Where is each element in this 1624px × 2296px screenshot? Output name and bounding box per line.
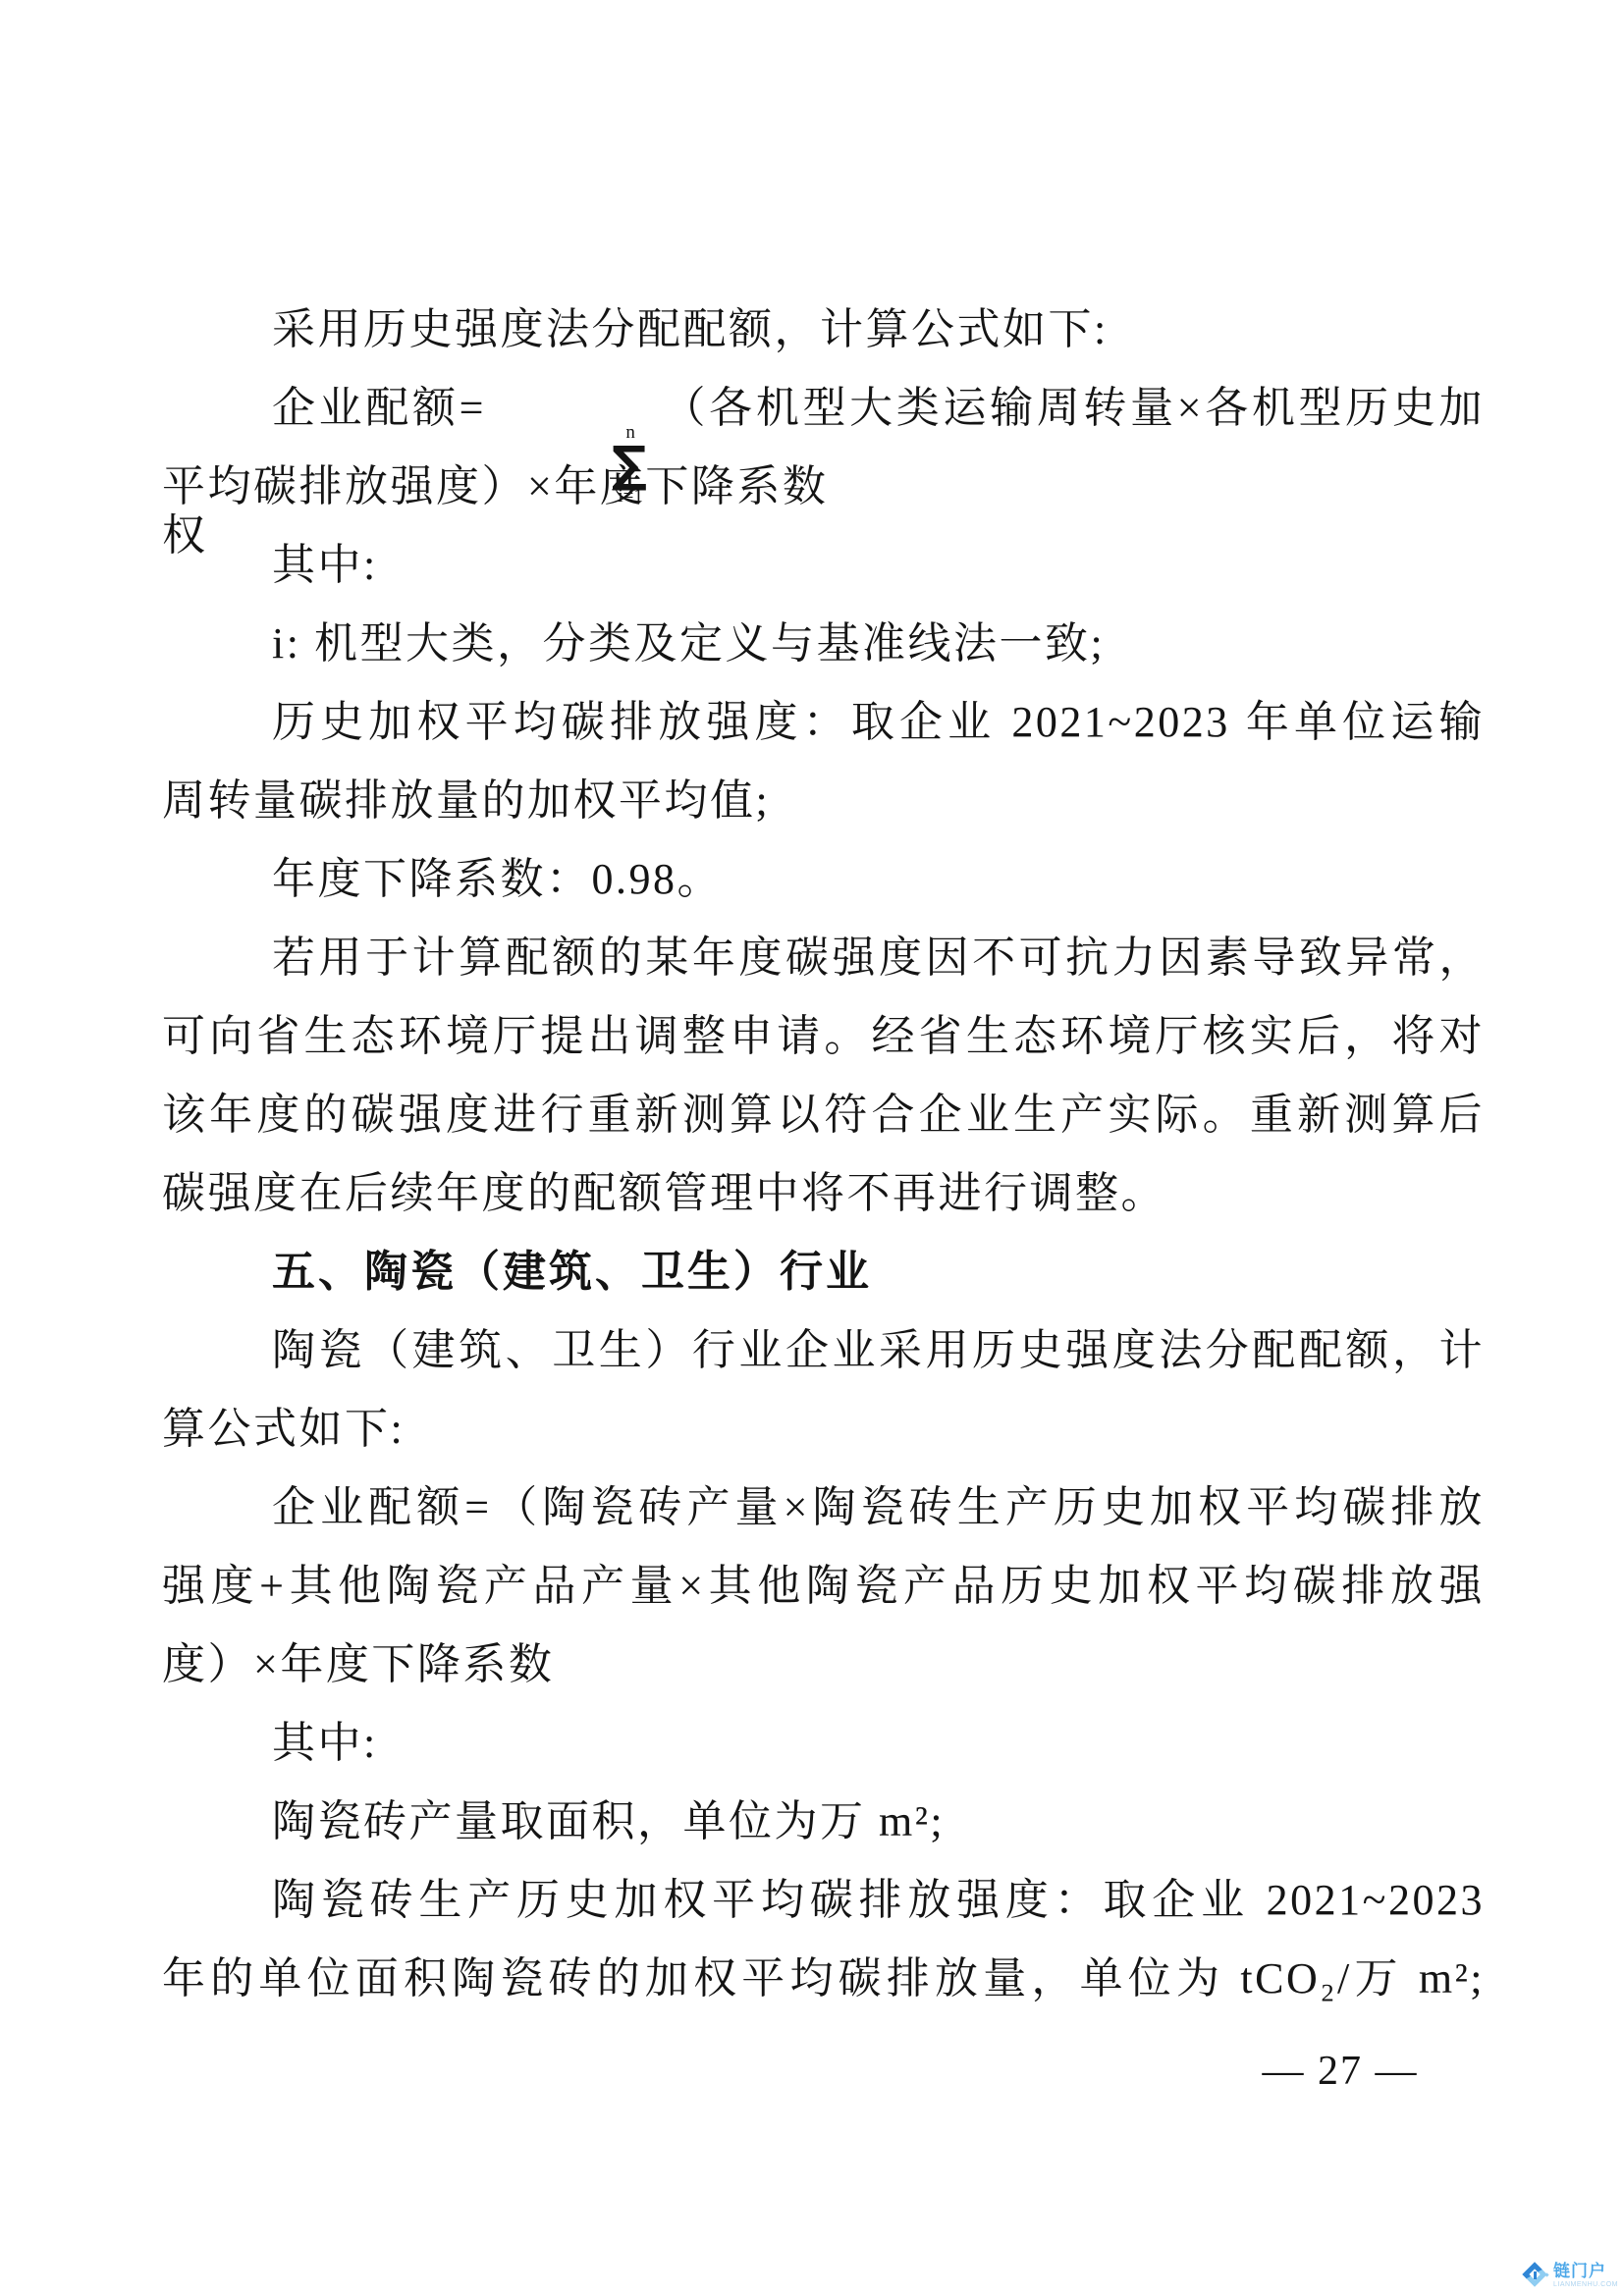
watermark-name: 链门户	[1553, 2263, 1618, 2279]
text-line: 陶瓷（建筑、卫生）行业企业采用历史强度法分配配额，计	[162, 1321, 1485, 1380]
text-line: 周转量碳排放量的加权平均值;	[162, 772, 1485, 830]
lianmenhu-logo-icon	[1523, 2263, 1548, 2288]
watermark-domain: LIANMENHU.COM	[1553, 2281, 1618, 2288]
formula-prefix: 企业配额=	[272, 384, 486, 432]
text-line: 历史加权平均碳排放强度：取企业 2021~2023 年单位运输	[162, 693, 1485, 752]
text-line: 采用历史强度法分配配额，计算公式如下:	[162, 300, 1485, 359]
watermark: 链门户 LIANMENHU.COM	[1523, 2263, 1618, 2288]
text-line: 其中:	[162, 536, 1485, 595]
text-line: 年度下降系数：0.98。	[162, 850, 1485, 909]
text-line: 碳强度在后续年度的配额管理中将不再进行调整。	[162, 1164, 1485, 1223]
logo-center-bar	[1534, 2271, 1537, 2279]
text-line: 可向省生态环境厅提出调整申请。经省生态环境厅核实后，将对	[162, 1007, 1485, 1066]
text-line: 该年度的碳强度进行重新测算以符合企业生产实际。重新测算后	[162, 1086, 1485, 1145]
text-line: 度）×年度下降系数	[162, 1635, 1485, 1694]
page-number: — 27 —	[1242, 2048, 1438, 2095]
logo-dot	[1544, 2272, 1548, 2276]
watermark-text: 链门户 LIANMENHU.COM	[1553, 2263, 1618, 2288]
section-heading: 五、陶瓷（建筑、卫生）行业	[162, 1243, 1485, 1302]
text-line: 陶瓷砖生产历史加权平均碳排放强度：取企业 2021~2023	[162, 1871, 1485, 1930]
text-line: 年的单位面积陶瓷砖的加权平均碳排放量，单位为 tCO₂/万 m²;	[162, 1949, 1485, 2008]
text-line: 算公式如下:	[162, 1400, 1485, 1459]
text-line: 强度+其他陶瓷产品产量×其他陶瓷产品历史加权平均碳排放强	[162, 1557, 1485, 1616]
text-line: 平均碳排放强度）×年度下降系数	[162, 457, 1485, 516]
text-line: 陶瓷砖产量取面积，单位为万 m²;	[162, 1792, 1485, 1851]
text-line: 企业配额=（陶瓷砖产量×陶瓷砖生产历史加权平均碳排放	[162, 1478, 1485, 1537]
document-page: 采用历史强度法分配配额，计算公式如下: 企业配额=n∑i=1（各机型大类运输周转…	[0, 0, 1624, 2296]
text-line: 其中:	[162, 1714, 1485, 1773]
text-line: 若用于计算配额的某年度碳强度因不可抗力因素导致异常，	[162, 929, 1485, 988]
text-line: i: 机型大类，分类及定义与基准线法一致;	[162, 614, 1485, 673]
